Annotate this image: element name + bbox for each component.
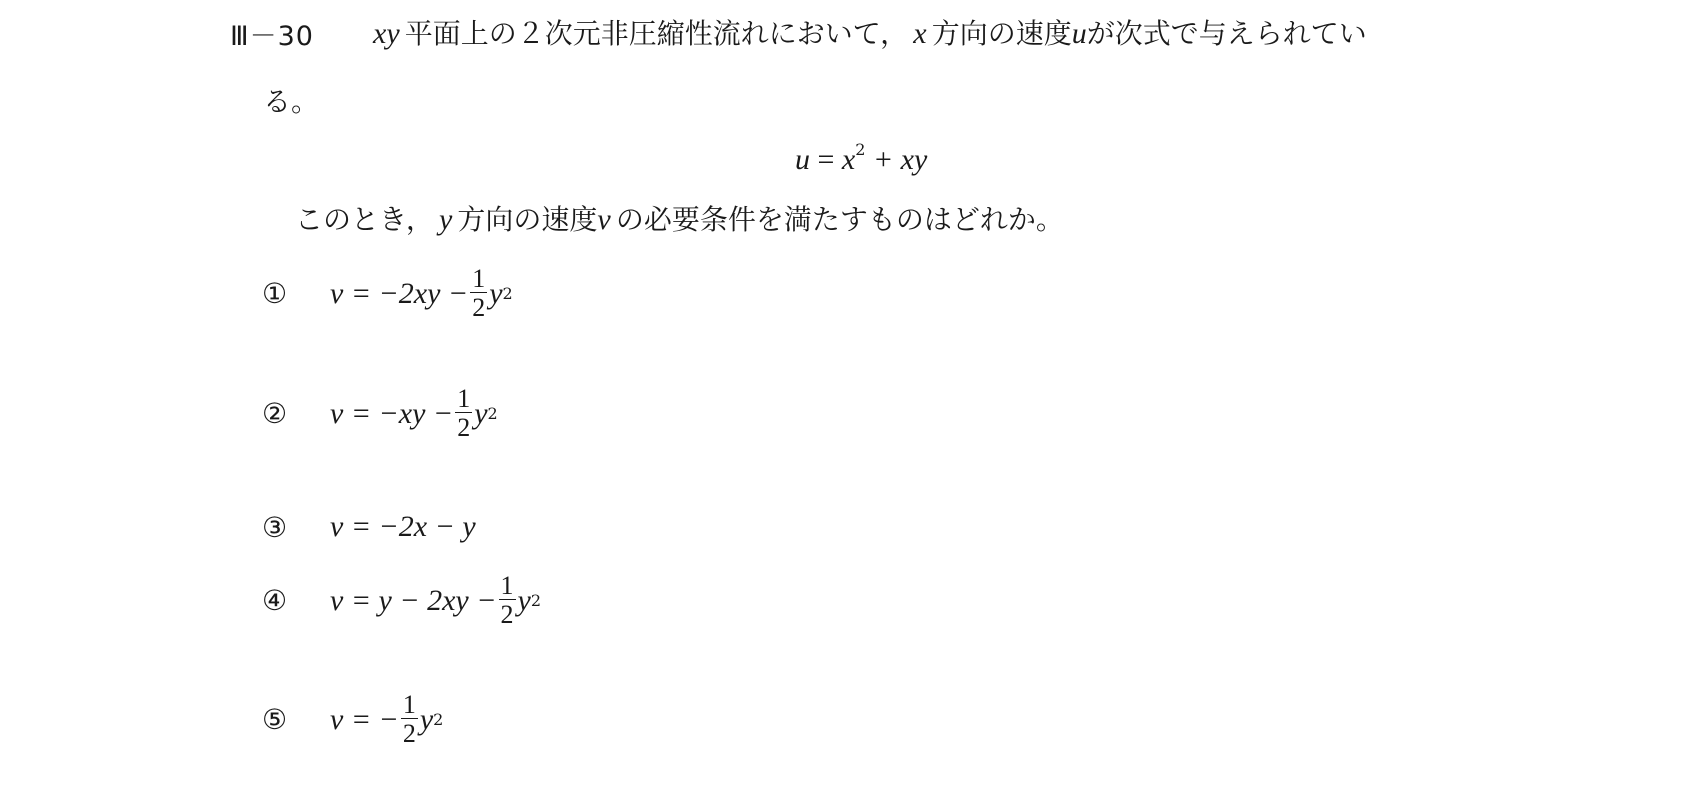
fraction: 12 [470,266,487,321]
question-stem-line-3: このとき， y 方向の速度v の必要条件を満たすものはどれか。 [295,198,1064,238]
option-expr: v = −2xy − [330,277,468,311]
fraction: 12 [455,386,472,441]
stem-text-b: 方向の速度 [932,17,1072,50]
numerator: 1 [470,266,487,293]
option-4[interactable]: ④ v = y − 2xy − 12 y2 [262,573,541,628]
stem-text-c: が次式で与えられてい [1087,17,1367,50]
option-2[interactable]: ② v = −xy − 12 y2 [262,386,498,441]
numerator: 1 [499,573,516,600]
option-expr: v = −2x − y [330,510,476,544]
option-3[interactable]: ③ v = −2x − y [262,510,476,544]
fraction: 12 [401,692,418,747]
formula-lhs: u [795,143,810,176]
option-expr-tail: y [474,397,487,431]
option-5[interactable]: ⑤ v = − 12 y2 [262,692,443,747]
option-expr: v = − [330,703,399,737]
var-xy: xy [373,17,400,50]
exponent: 2 [488,404,498,423]
denominator: 2 [501,600,514,628]
question-number: Ⅲ－30 [230,14,314,53]
numerator: 1 [455,386,472,413]
formula-exp: 2 [855,140,865,159]
stem3-text-b: 方向の速度 [457,203,597,236]
exponent: 2 [531,591,541,610]
fraction: 12 [499,573,516,628]
option-number: ④ [262,584,330,617]
stem-text-a: 平面上の２次元非圧縮性流れにおいて， [405,17,908,50]
question-stem-line-1: xy 平面上の２次元非圧縮性流れにおいて， x 方向の速度uが次式で与えられてい [373,12,1367,52]
formula-eq: = [810,143,842,176]
option-number: ⑤ [262,703,330,736]
option-1[interactable]: ① v = −2xy − 12 y2 [262,266,513,321]
stem3-text-c: の必要条件を満たすものはどれか。 [616,203,1064,236]
option-number: ② [262,397,330,430]
exponent: 2 [503,284,513,303]
var-y: y [439,203,452,236]
option-number: ① [262,277,330,310]
numerator: 1 [401,692,418,719]
given-formula: u = x2 + xy [795,140,927,177]
question-stem-line-2: る。 [263,80,319,120]
var-x: x [913,17,926,50]
var-v: v [597,203,610,236]
option-expr: v = −xy − [330,397,453,431]
denominator: 2 [457,413,470,441]
var-u: u [1072,17,1087,50]
option-expr-tail: y [420,703,433,737]
option-expr-tail: y [518,584,531,618]
exponent: 2 [433,710,443,729]
denominator: 2 [403,719,416,747]
option-expr: v = y − 2xy − [330,584,497,618]
option-number: ③ [262,511,330,544]
denominator: 2 [472,293,485,321]
option-expr-tail: y [489,277,502,311]
stem3-text-a: このとき， [295,203,434,236]
formula-rest: + xy [865,143,927,176]
formula-x: x [842,143,855,176]
